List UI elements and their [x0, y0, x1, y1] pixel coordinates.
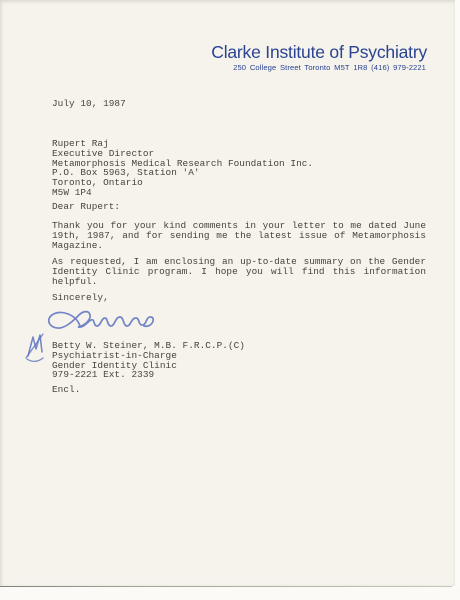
closing: Sincerely, [52, 293, 109, 303]
text-line: 19th, 1987, and for sending me the lates… [52, 231, 426, 241]
letter-date: July 10, 1987 [52, 99, 126, 109]
text-line: 979-2221 Ext. 2339 [52, 370, 245, 380]
letterhead-address-line: 250 College Street Toronto M5T 1R8 (416)… [233, 63, 426, 72]
body-paragraph-1: Thank you for your kind comments in your… [52, 221, 426, 250]
salutation: Dear Rupert: [52, 202, 120, 212]
text-line: M5W 1P4 [52, 188, 313, 198]
scanned-letter: Clarke Institute of Psychiatry 250 Colle… [0, 0, 460, 600]
scan-background [0, 587, 460, 600]
recipient-address-block: Rupert RajExecutive DirectorMetamorphosi… [52, 139, 313, 198]
letter-page: Clarke Institute of Psychiatry 250 Colle… [0, 0, 455, 586]
enclosure-note: Encl. [52, 385, 80, 395]
body-paragraph-2: As requested, I am enclosing an up-to-da… [52, 257, 426, 286]
signee-block: Betty W. Steiner, M.B. F.R.C.P.(C)Psychi… [52, 341, 245, 380]
handwritten-signature-icon [36, 305, 166, 343]
text-line: helpful. [52, 277, 426, 287]
text-line: Magazine. [52, 241, 426, 251]
letterhead-institute-name: Clarke Institute of Psychiatry [211, 42, 427, 63]
per-initials-mark-icon [24, 329, 48, 363]
text-line: Identity Clinic program. I hope you will… [52, 267, 426, 277]
